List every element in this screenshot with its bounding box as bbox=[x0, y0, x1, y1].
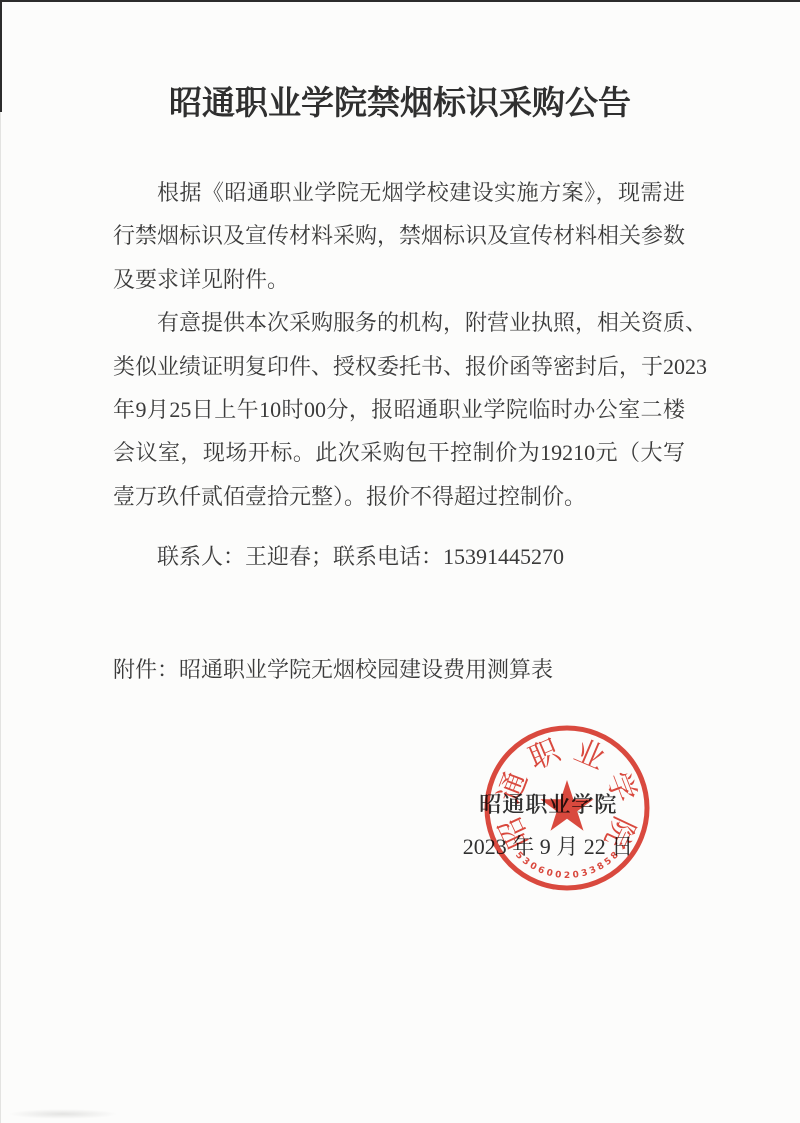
contact-line: 联系人：王迎春；联系电话：15391445270 bbox=[113, 535, 685, 578]
seal-arc-char: 院 bbox=[598, 812, 641, 853]
body-line: 会议室，现场开标。此次采购包干控制价为19210元（大写 bbox=[113, 431, 685, 474]
seal-code-digit: 3 bbox=[580, 868, 589, 879]
attachment-line: 附件：昭通职业学院无烟校园建设费用测算表 bbox=[113, 655, 713, 685]
body-line: 及要求详见附件。 bbox=[113, 258, 685, 301]
seal-arc-char: 职 bbox=[524, 734, 565, 776]
seal-arc-char: 业 bbox=[569, 734, 610, 776]
seal-star-icon bbox=[540, 780, 593, 831]
document-body: 根据《昭通职业学院无烟学校建设实施方案》，现需进 行禁烟标识及宣传材料采购，禁烟… bbox=[113, 171, 685, 579]
body-line: 年9月25日上午10时00分，报昭通职业学院临时办公室二楼 bbox=[113, 388, 685, 431]
body-line: 行禁烟标识及宣传材料采购，禁烟标识及宣传材料相关参数 bbox=[113, 214, 685, 257]
body-line: 类似业绩证明复印件、授权委托书、报价函等密封后，于2023 bbox=[113, 345, 685, 388]
scan-edge-left-faint bbox=[0, 0, 1, 1123]
official-seal: 昭 通 职 业 学 院 5 3 0 6 0 0 2 0 3 3 8 5 8 bbox=[467, 708, 667, 908]
seal-code-digit: 0 bbox=[572, 870, 580, 881]
document-title: 昭通职业学院禁烟标识采购公告 bbox=[0, 84, 800, 124]
seal-arc-char: 昭 bbox=[494, 812, 537, 853]
body-line: 根据《昭通职业学院无烟学校建设实施方案》，现需进 bbox=[113, 171, 685, 214]
scan-smudge bbox=[8, 1109, 118, 1119]
body-line: 壹万玖仟贰佰壹拾元整）。报价不得超过控制价。 bbox=[113, 475, 685, 518]
seal-code-digit: 2 bbox=[564, 871, 570, 881]
seal-arc-char: 学 bbox=[600, 767, 642, 807]
seal-code-digit: 6 bbox=[536, 865, 546, 877]
scanned-document-page: 昭通职业学院禁烟标识采购公告 根据《昭通职业学院无烟学校建设实施方案》，现需进 … bbox=[0, 0, 800, 1123]
seal-code-digit: 8 bbox=[609, 850, 621, 862]
seal-code-digit: 0 bbox=[545, 868, 554, 879]
seal-code-digit: 0 bbox=[554, 870, 562, 881]
body-line: 有意提供本次采购服务的机构，附营业执照，相关资质、 bbox=[113, 301, 685, 344]
scan-edge-top bbox=[0, 0, 800, 2]
seal-arc-char: 通 bbox=[493, 767, 535, 807]
